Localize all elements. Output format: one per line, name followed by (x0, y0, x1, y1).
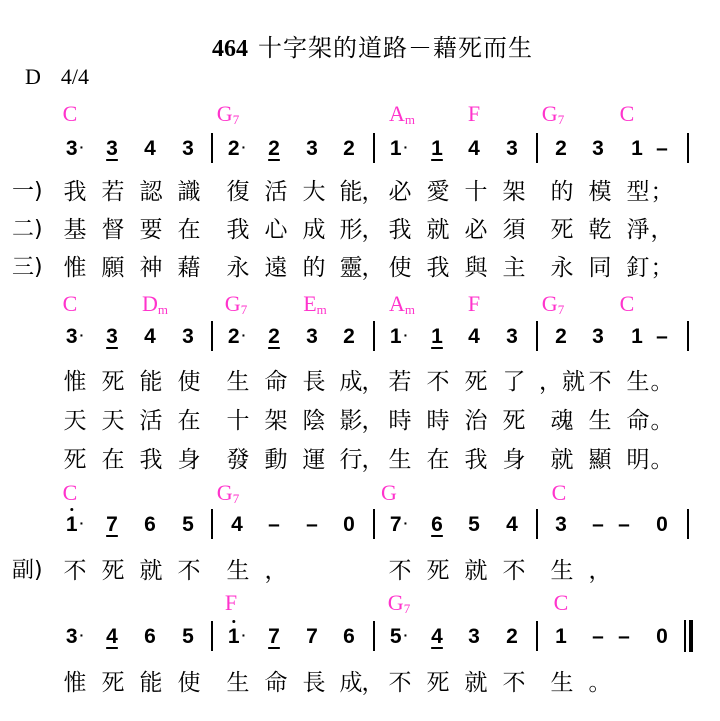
hymn-number: 464 (212, 36, 248, 62)
lyric-char: 遠 (265, 257, 288, 280)
lyric-char: 的 (303, 257, 326, 280)
lyric-char: 基 (64, 219, 87, 242)
note: – (618, 626, 630, 647)
lyric-char: 十 (465, 181, 488, 204)
lyric-char: ， (362, 257, 385, 280)
note: 2 (555, 326, 567, 347)
bar-line (211, 133, 213, 163)
lyric-char: 治 (465, 410, 488, 433)
chord-symbol: C (63, 293, 78, 315)
lyric-char: ， (362, 672, 385, 695)
note: 4 (506, 514, 518, 535)
note: 3· (66, 326, 84, 347)
lyric-char: 影 (340, 410, 363, 433)
lyric-char: 識 (178, 181, 201, 204)
chord-symbol: Am (389, 293, 415, 316)
lyric-char: 淨 (627, 219, 650, 242)
lyric-char: 生 (551, 560, 574, 583)
lyric-char: 動 (265, 449, 288, 472)
bar-line (211, 321, 213, 351)
note: – (592, 626, 604, 647)
chord-symbol: G7 (542, 103, 564, 126)
lyric-char: 在 (178, 410, 201, 433)
bar-line (536, 621, 538, 651)
note: 2 (343, 138, 355, 159)
lyric-char: 型 (627, 181, 650, 204)
lyric-char: 死 (427, 672, 450, 695)
lyric-char: 模 (589, 181, 612, 204)
lyric-char: ， (362, 410, 385, 433)
note: 4 (468, 138, 480, 159)
lyric-char: 在 (427, 449, 450, 472)
lyric-char: 在 (102, 449, 125, 472)
lyric-char: 死 (102, 672, 125, 695)
note: – (618, 514, 630, 535)
note: 2· (228, 326, 246, 347)
key-signature: D4/4 (25, 64, 89, 90)
lyric-char: 同 (589, 257, 612, 280)
note: 3 (106, 326, 118, 347)
chord-symbol: C (620, 293, 635, 315)
lyric-char: 生 (389, 449, 412, 472)
lyric-char: 陰 (303, 410, 326, 433)
note: 1· (390, 326, 408, 347)
lyric-char: 愛 (427, 181, 450, 204)
chord-symbol: C (552, 482, 567, 504)
lyric-char: 魂 (551, 410, 574, 433)
lyric-char: 就 (465, 560, 488, 583)
note: 1· (66, 514, 84, 535)
bar-line (373, 509, 375, 539)
lyric-char: 惟 (64, 257, 87, 280)
note: 2 (343, 326, 355, 347)
note: 2 (268, 138, 280, 159)
lyric-char: 乾 (589, 219, 612, 242)
lyric-char: ， (362, 371, 385, 394)
lyric-char: 大 (303, 181, 326, 204)
lyric-char: 。 (589, 672, 612, 695)
note: 2· (228, 138, 246, 159)
lyric-char: ； (651, 257, 674, 280)
bar-line (687, 321, 689, 351)
lyric-char: 身 (503, 449, 526, 472)
note: 7 (306, 626, 318, 647)
lyric-char: 要 (140, 219, 163, 242)
lyric-char: 必 (465, 219, 488, 242)
lyric-char: 永 (551, 257, 574, 280)
lyric-char: 了 (503, 371, 526, 394)
note: 7 (106, 514, 118, 535)
note: 2 (268, 326, 280, 347)
lyric-char: 能 (340, 181, 363, 204)
chord-symbol: G (381, 482, 397, 504)
lyric-char: 藉 (178, 257, 201, 280)
lyric-char: 能 (140, 672, 163, 695)
lyric-char: 須 (503, 219, 526, 242)
time-signature: 4/4 (61, 64, 89, 89)
lyric-char: 的 (551, 181, 574, 204)
lyric-char: 運 (303, 449, 326, 472)
lyric-char: 就 (427, 219, 450, 242)
verse-label: 一) (12, 181, 43, 203)
lyric-char: 不 (503, 672, 526, 695)
lyric-char: 不 (178, 560, 201, 583)
lyric-char: 若 (389, 371, 412, 394)
bar-line (211, 621, 213, 651)
lyric-char: ，就 (539, 371, 585, 394)
note: – (656, 326, 668, 347)
note: 3 (468, 626, 480, 647)
lyric-char: 在 (178, 219, 201, 242)
hymn-title: 464十字架的道路－藉死而生 (212, 28, 533, 63)
lyric-char: 不 (589, 371, 612, 394)
lyric-char: 成 (340, 371, 363, 394)
lyric-char: 形 (340, 219, 363, 242)
lyric-char: 不 (427, 371, 450, 394)
lyric-char: 我 (427, 257, 450, 280)
lyric-char: 活 (140, 410, 163, 433)
lyric-char: 死 (102, 560, 125, 583)
note: 1 (431, 138, 443, 159)
lyric-char: 永 (227, 257, 250, 280)
note: 2 (506, 626, 518, 647)
lyric-char: 長 (303, 371, 326, 394)
lyric-char: 神 (140, 257, 163, 280)
lyric-char: 我 (389, 219, 412, 242)
chord-symbol: C (63, 482, 78, 504)
note: – (268, 514, 280, 535)
lyric-char: 我 (64, 181, 87, 204)
note: 3 (182, 138, 194, 159)
lyric-char: 長 (303, 672, 326, 695)
lyric-char: 死 (102, 371, 125, 394)
note: 4 (144, 138, 156, 159)
lyric-char: 行 (340, 449, 363, 472)
note: – (592, 514, 604, 535)
chord-symbol: G7 (217, 482, 239, 505)
note: 6 (431, 514, 443, 535)
bar-line (373, 133, 375, 163)
lyric-char: 顯 (589, 449, 612, 472)
lyric-char: 成 (340, 672, 363, 695)
chord-symbol: Am (389, 103, 415, 126)
note: 5· (390, 626, 408, 647)
note: 5 (182, 514, 194, 535)
note: 4 (106, 626, 118, 647)
bar-line (687, 133, 689, 163)
chord-symbol: C (620, 103, 635, 125)
bar-line (536, 321, 538, 351)
note: 3· (66, 138, 84, 159)
note: 1 (631, 326, 643, 347)
note: 6 (144, 626, 156, 647)
final-bar-thin (684, 620, 686, 652)
lyric-char: 死 (64, 449, 87, 472)
lyric-char: 我 (465, 449, 488, 472)
key: D (25, 64, 41, 89)
lyric-char: 架 (265, 410, 288, 433)
note: 3 (555, 514, 567, 535)
note: 3· (66, 626, 84, 647)
verse-label: 二) (12, 219, 43, 241)
lyric-char: 使 (178, 672, 201, 695)
note: 3 (506, 326, 518, 347)
note: 3 (106, 138, 118, 159)
note: 3 (306, 326, 318, 347)
note: 0 (343, 514, 355, 535)
lyric-char: 身 (178, 449, 201, 472)
note: – (656, 138, 668, 159)
lyric-char: 願 (102, 257, 125, 280)
note: 3 (506, 138, 518, 159)
note: 3 (306, 138, 318, 159)
lyric-char: 使 (178, 371, 201, 394)
lyric-char: ， (362, 449, 385, 472)
lyric-char: 主 (503, 257, 526, 280)
lyric-char: 生 (227, 672, 250, 695)
lyric-char: 命 (265, 672, 288, 695)
lyric-char: 死 (427, 560, 450, 583)
lyric-char: 認 (140, 181, 163, 204)
lyric-char: 我 (227, 219, 250, 242)
lyric-char: 生 (589, 410, 612, 433)
lyric-char: 時 (427, 410, 450, 433)
lyric-char: 就 (551, 449, 574, 472)
lyric-char: 不 (503, 560, 526, 583)
chord-symbol: F (468, 293, 480, 315)
note: 1 (555, 626, 567, 647)
lyric-char: 。 (651, 371, 674, 394)
lyric-char: 惟 (64, 371, 87, 394)
note: 7· (390, 514, 408, 535)
bar-line (536, 509, 538, 539)
note: 1 (631, 138, 643, 159)
note: 6 (144, 514, 156, 535)
chord-symbol: Em (303, 293, 327, 316)
chord-symbol: C (63, 103, 78, 125)
lyric-char: 明 (627, 449, 650, 472)
lyric-char: ， (589, 560, 612, 583)
chord-symbol: Dm (142, 293, 168, 316)
lyric-char: 釘 (627, 257, 650, 280)
chord-symbol: F (468, 103, 480, 125)
lyric-char: 復 (227, 181, 250, 204)
lyric-char: 不 (389, 560, 412, 583)
chord-symbol: F (225, 592, 237, 614)
note: 4 (468, 326, 480, 347)
lyric-char: 惟 (64, 672, 87, 695)
lyric-char: 靈 (340, 257, 363, 280)
note: 3 (182, 326, 194, 347)
note: 7 (268, 626, 280, 647)
lyric-char: 天 (64, 410, 87, 433)
final-bar-thick (689, 620, 693, 652)
chord-symbol: G7 (225, 293, 247, 316)
note: 1· (228, 626, 246, 647)
lyric-char: 成 (303, 219, 326, 242)
lyric-char: 命 (627, 410, 650, 433)
lyric-char: 使 (389, 257, 412, 280)
chord-symbol: G7 (217, 103, 239, 126)
chord-symbol: G7 (388, 592, 410, 615)
lyric-char: 生 (227, 371, 250, 394)
lyric-char: 死 (465, 371, 488, 394)
lyric-char: 我 (140, 449, 163, 472)
lyric-char: 時 (389, 410, 412, 433)
lyric-char: 能 (140, 371, 163, 394)
note: 1· (390, 138, 408, 159)
lyric-char: 死 (503, 410, 526, 433)
lyric-char: 。 (651, 449, 674, 472)
lyric-char: 與 (465, 257, 488, 280)
lyric-char: 就 (465, 672, 488, 695)
verse-label: 副) (12, 560, 43, 582)
lyric-char: 生 (551, 672, 574, 695)
note: 6 (343, 626, 355, 647)
lyric-char: 不 (64, 560, 87, 583)
note: – (306, 514, 318, 535)
lyric-char: ， (362, 181, 385, 204)
lyric-char: 心 (265, 219, 288, 242)
lyric-char: 生 (627, 371, 650, 394)
verse-label: 三) (12, 257, 43, 279)
lyric-char: 天 (102, 410, 125, 433)
note: 2 (555, 138, 567, 159)
note: 4 (144, 326, 156, 347)
note: 5 (182, 626, 194, 647)
lyric-char: 。 (651, 410, 674, 433)
lyric-char: ， (651, 219, 674, 242)
lyric-char: 活 (265, 181, 288, 204)
note: 3 (592, 138, 604, 159)
lyric-char: 命 (265, 371, 288, 394)
lyric-char: 不 (389, 672, 412, 695)
note: 4 (431, 626, 443, 647)
lyric-char: 若 (102, 181, 125, 204)
lyric-char: ； (651, 181, 674, 204)
chord-symbol: G7 (542, 293, 564, 316)
note: 0 (656, 514, 668, 535)
lyric-char: 十 (227, 410, 250, 433)
bar-line (687, 509, 689, 539)
lyric-char: 督 (102, 219, 125, 242)
lyric-char: ， (362, 219, 385, 242)
lyric-char: 死 (551, 219, 574, 242)
note: 5 (468, 514, 480, 535)
chord-symbol: C (554, 592, 569, 614)
lyric-char: 架 (503, 181, 526, 204)
hymn-name: 十字架的道路－藉死而生 (258, 34, 533, 62)
bar-line (536, 133, 538, 163)
note: 3 (592, 326, 604, 347)
note: 1 (431, 326, 443, 347)
bar-line (211, 509, 213, 539)
bar-line (373, 321, 375, 351)
lyric-char: ， (265, 560, 288, 583)
note: 0 (656, 626, 668, 647)
note: 4 (231, 514, 243, 535)
lyric-char: 發 (227, 449, 250, 472)
lyric-char: 生 (227, 560, 250, 583)
lyric-char: 必 (389, 181, 412, 204)
bar-line (373, 621, 375, 651)
lyric-char: 就 (140, 560, 163, 583)
